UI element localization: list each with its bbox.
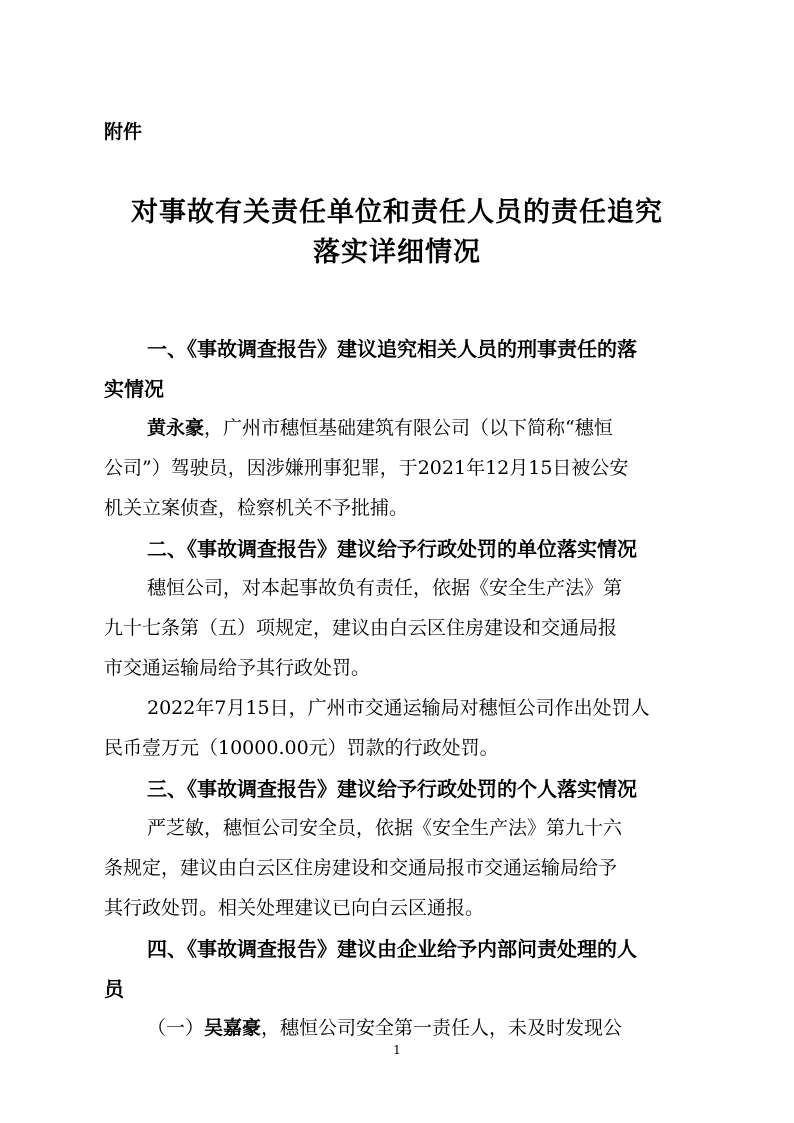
item-number: （一）: [147, 1017, 204, 1039]
section-2-heading: 二、《事故调查报告》建议给予行政处罚的单位落实情况: [147, 533, 747, 562]
document-title-line1: 对事故有关责任单位和责任人员的责任追究: [0, 190, 794, 229]
page-number: 1: [0, 1043, 794, 1057]
document-page: 附件 对事故有关责任单位和责任人员的责任追究 落实详细情况 一、《事故调查报告》…: [0, 0, 794, 1123]
section-3-heading: 三、《事故调查报告》建议给予行政处罚的个人落实情况: [147, 773, 747, 802]
section-1-heading: 一、《事故调查报告》建议追究相关人员的刑事责任的落: [147, 333, 747, 362]
section-1-heading-cont: 实情况: [104, 373, 704, 402]
section-2-paragraph1-line2: 九十七条第（五）项规定，建议由白云区住房建设和交通局报: [104, 613, 704, 640]
section-2-paragraph1-line1: 穗恒公司，对本起事故负有责任，依据《安全生产法》第: [147, 573, 747, 600]
section-3-paragraph-line1: 严芝敏，穗恒公司安全员，依据《安全生产法》第九十六: [147, 813, 747, 840]
section-2-paragraph2-line1: 2022年7月15日，广州市交通运输局对穗恒公司作出处罚人: [147, 693, 747, 720]
section-3-paragraph-line2: 条规定，建议由白云区住房建设和交通局报市交通运输局给予: [104, 853, 704, 880]
section-4-heading-cont: 员: [104, 973, 704, 1002]
section-3-paragraph-line3: 其行政处罚。相关处理建议已向白云区通报。: [104, 893, 704, 920]
paragraph-text: ，穗恒公司安全第一责任人，未及时发现公: [261, 1017, 622, 1039]
section-1-paragraph-line2: 公司”）驾驶员，因涉嫌刑事犯罪，于2021年12月15日被公安: [104, 453, 704, 480]
person-name: 黄永豪: [147, 417, 204, 439]
person-name: 吴嘉豪: [204, 1017, 261, 1039]
section-4-heading: 四、《事故调查报告》建议由企业给予内部问责处理的人: [147, 933, 747, 962]
attachment-label: 附件: [104, 117, 142, 144]
section-4-paragraph-line1: （一）吴嘉豪，穗恒公司安全第一责任人，未及时发现公: [147, 1013, 747, 1040]
section-1-paragraph-line3: 机关立案侦查，检察机关不予批捕。: [104, 493, 704, 520]
section-2-paragraph2-line2: 民币壹万元（10000.00元）罚款的行政处罚。: [104, 733, 704, 760]
section-2-paragraph1-line3: 市交通运输局给予其行政处罚。: [104, 653, 704, 680]
paragraph-text: ，广州市穗恒基础建筑有限公司（以下简称“穗恒: [204, 417, 613, 439]
section-1-paragraph-line1: 黄永豪，广州市穗恒基础建筑有限公司（以下简称“穗恒: [147, 413, 747, 440]
document-title-line2: 落实详细情况: [0, 230, 794, 269]
